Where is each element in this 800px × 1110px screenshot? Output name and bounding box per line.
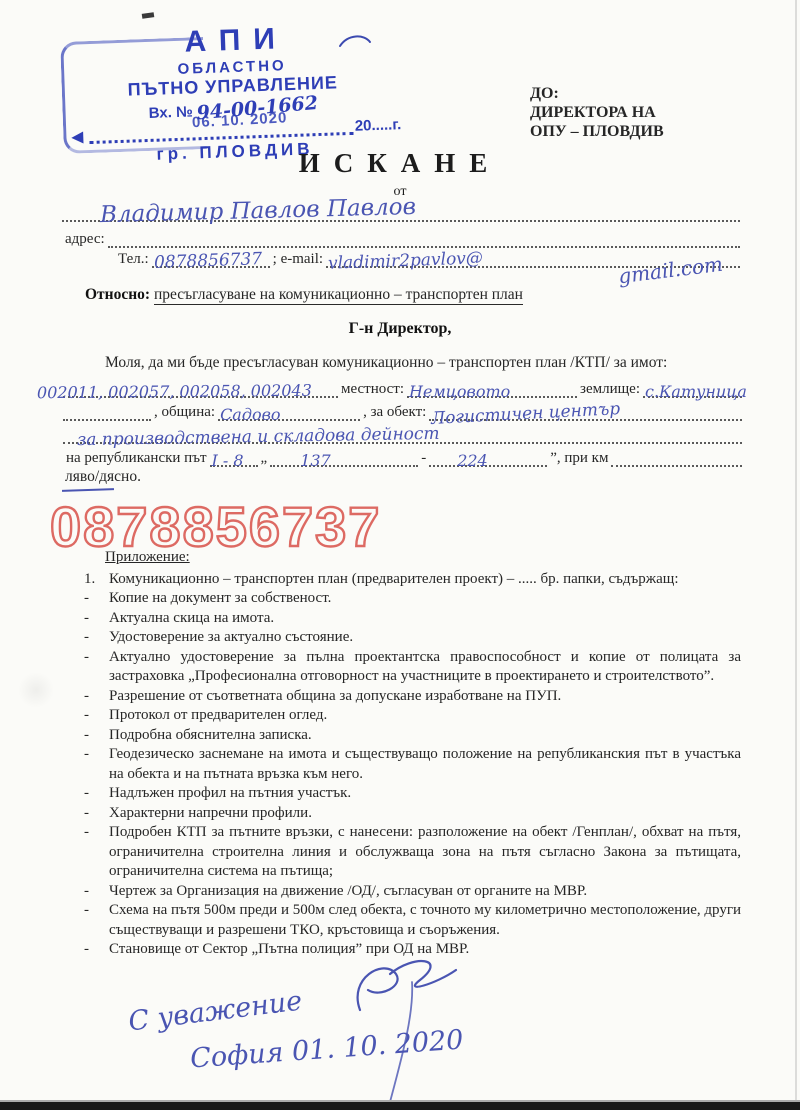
address-fill-line	[108, 230, 740, 248]
salutation: Г-н Директор,	[0, 320, 800, 338]
scan-artifact-mark	[142, 12, 155, 19]
item-text: Чертеж за Организация на движение /ОД/, …	[109, 882, 741, 902]
address-label: адрес:	[62, 231, 108, 248]
item-text: Протокол от предварителен оглед.	[109, 706, 741, 726]
attachment-item: -Актуално удостоверение за пълна проекта…	[63, 648, 741, 687]
plots-fill-line: 002011, 002057, 002058, 002043	[63, 380, 338, 398]
item-marker: -	[84, 609, 109, 629]
attachment-item: -Характерни напречни профили.	[63, 804, 741, 824]
road-from-fill: 137	[270, 449, 418, 467]
name-fill-line: Владимир Павлов Павлов	[62, 194, 740, 222]
item-marker: -	[84, 784, 109, 804]
road-class-handwritten: I - 8	[212, 451, 244, 470]
road-to-handwritten: 224	[457, 451, 488, 470]
attachments-heading: Приложение:	[105, 548, 741, 568]
attachment-item-numbered: 1. Комуникационно – транспортен план (пр…	[63, 570, 741, 590]
object-fill-line: Логистичен център	[429, 403, 742, 421]
item-marker: -	[84, 823, 109, 882]
item-marker: -	[84, 745, 109, 784]
subject-label: Относно:	[85, 286, 150, 303]
km-fill-line	[611, 449, 742, 467]
item-marker: -	[84, 804, 109, 824]
item-marker: -	[84, 687, 109, 707]
attachments-section: Приложение: 1. Комуникационно – транспор…	[63, 548, 741, 960]
locality-fill-line: Немцовото	[407, 380, 577, 398]
left-arrow-icon: ◄	[67, 130, 87, 145]
municipality-handwritten: Садово	[220, 405, 281, 424]
attachment-item: -Актуална скица на имота.	[63, 609, 741, 629]
item-text: Геодезическо заснемане на имота и същест…	[109, 745, 741, 784]
applicant-name-handwritten: Владимир Павлов Павлов	[100, 194, 417, 228]
land-fill-line: с.Катуница	[643, 380, 742, 398]
item-marker: -	[84, 901, 109, 940]
plots-locality-line: 002011, 002057, 002058, 002043 местност:…	[63, 378, 742, 398]
item-text: Комуникационно – транспортен план (предв…	[109, 570, 741, 590]
recipient-line1: ДИРЕКТОРА НА	[530, 103, 664, 122]
attachment-item: -Схема на пътя 500м преди и 500м след об…	[63, 901, 741, 940]
phone-handwritten: 0878856737	[153, 249, 262, 273]
side-line: ляво/дясно.	[65, 468, 141, 486]
item-marker: -	[84, 648, 109, 687]
document-title: ИСКАНЕ	[0, 148, 800, 179]
municipality-object-line: , община: Садово , за обект: Логистичен …	[63, 401, 742, 421]
address-line: адрес:	[62, 228, 740, 248]
item-marker: -	[84, 628, 109, 648]
object-label: , за обект:	[360, 404, 429, 421]
object-continuation-line: за производствена и складова дейност	[63, 424, 742, 444]
item-text: Удостоверение за актуално състояние.	[109, 628, 741, 648]
attachment-item: -Копие на документ за собственост.	[63, 589, 741, 609]
road-class-fill: I - 8	[210, 449, 258, 467]
locality-label: местност:	[338, 381, 407, 398]
land-label: землище:	[577, 381, 643, 398]
item-marker: -	[84, 940, 109, 960]
attachment-item: -Разрешение от съответната община за доп…	[63, 687, 741, 707]
attachment-item: -Подробна обяснителна записка.	[63, 726, 741, 746]
item-marker: -	[84, 726, 109, 746]
applicant-name-line: Владимир Павлов Павлов	[62, 196, 740, 222]
municipality-label: , община:	[151, 404, 218, 421]
scanned-request-document: АПИ ОБЛАСТНО ПЪТНО УПРАВЛЕНИЕ Вх. № 94-0…	[0, 0, 800, 1110]
object2-fill-line: за производствена и складова дейност	[63, 426, 742, 444]
scan-right-edge	[795, 0, 797, 1110]
attachment-item: -Чертеж за Организация на движение /ОД/,…	[63, 882, 741, 902]
closing-handwritten: С уважение	[127, 985, 304, 1037]
subject-text: пресъгласуване на комуникационно – транс…	[154, 286, 523, 305]
plot-numbers-handwritten: 002011, 002057, 002058, 002043	[37, 381, 312, 402]
municipality-fill-line: Садово	[218, 403, 360, 421]
phone-label: Тел.:	[115, 251, 152, 268]
attachment-item: -Удостоверение за актуално състояние.	[63, 628, 741, 648]
attachment-item: -Геодезическо заснемане на имота и същес…	[63, 745, 741, 784]
pen-mark	[338, 32, 372, 50]
attachment-item: -Подробен КТП за пътните връзки, с нанес…	[63, 823, 741, 882]
open-quote: „	[258, 450, 271, 467]
item-text: Схема на пътя 500м преди и 500м след обе…	[109, 901, 741, 940]
email-label: ; e-mail:	[270, 251, 326, 268]
attachment-item: -Протокол от предварителен оглед.	[63, 706, 741, 726]
item-marker: 1.	[84, 570, 109, 590]
recipient-block: ДО: ДИРЕКТОРА НА ОПУ – ПЛОВДИВ	[530, 84, 664, 141]
attachment-item: -Надлъжен профил на пътния участък.	[63, 784, 741, 804]
recipient-line2: ОПУ – ПЛОВДИВ	[530, 122, 664, 141]
email-handwritten: vladimir2pavlov@	[328, 248, 484, 273]
side-choice-underline	[62, 488, 114, 492]
item-marker: -	[84, 706, 109, 726]
land-handwritten: с.Катуница	[645, 382, 747, 401]
item-text: Актуално удостоверение за пълна проектан…	[109, 648, 741, 687]
paper-fold-mark	[18, 672, 54, 708]
recipient-to: ДО:	[530, 84, 664, 103]
road-dash: -	[418, 450, 429, 467]
stamp-year-blank: 20.....г.	[355, 116, 402, 135]
lead-fill-line	[63, 403, 151, 421]
item-marker: -	[84, 882, 109, 902]
item-marker: -	[84, 589, 109, 609]
item-text: Актуална скица на имота.	[109, 609, 741, 629]
item-text: Копие на документ за собственост.	[109, 589, 741, 609]
road-label: на републикански път	[63, 450, 210, 467]
item-text: Подробен КТП за пътните връзки, с нанесе…	[109, 823, 741, 882]
road-to-fill: 224	[429, 449, 547, 467]
item-text: Надлъжен профил на пътния участък.	[109, 784, 741, 804]
item-text: Разрешение от съответната община за допу…	[109, 687, 741, 707]
road-line: на републикански път I - 8 „ 137 - 224 ”…	[63, 447, 742, 467]
road-from-handwritten: 137	[300, 451, 331, 470]
phone-fill-line: 0878856737	[152, 250, 270, 268]
locality-handwritten: Немцовото	[409, 382, 510, 401]
scan-bottom-strip	[0, 1102, 800, 1110]
subject-line: Относно: пресъгласуване на комуникационн…	[85, 286, 523, 304]
km-label: ”, при км	[547, 450, 611, 467]
body-intro: Моля, да ми бъде пресъгласуван комуникац…	[65, 354, 738, 372]
item-text: Подробна обяснителна записка.	[109, 726, 741, 746]
item-text: Характерни напречни профили.	[109, 804, 741, 824]
